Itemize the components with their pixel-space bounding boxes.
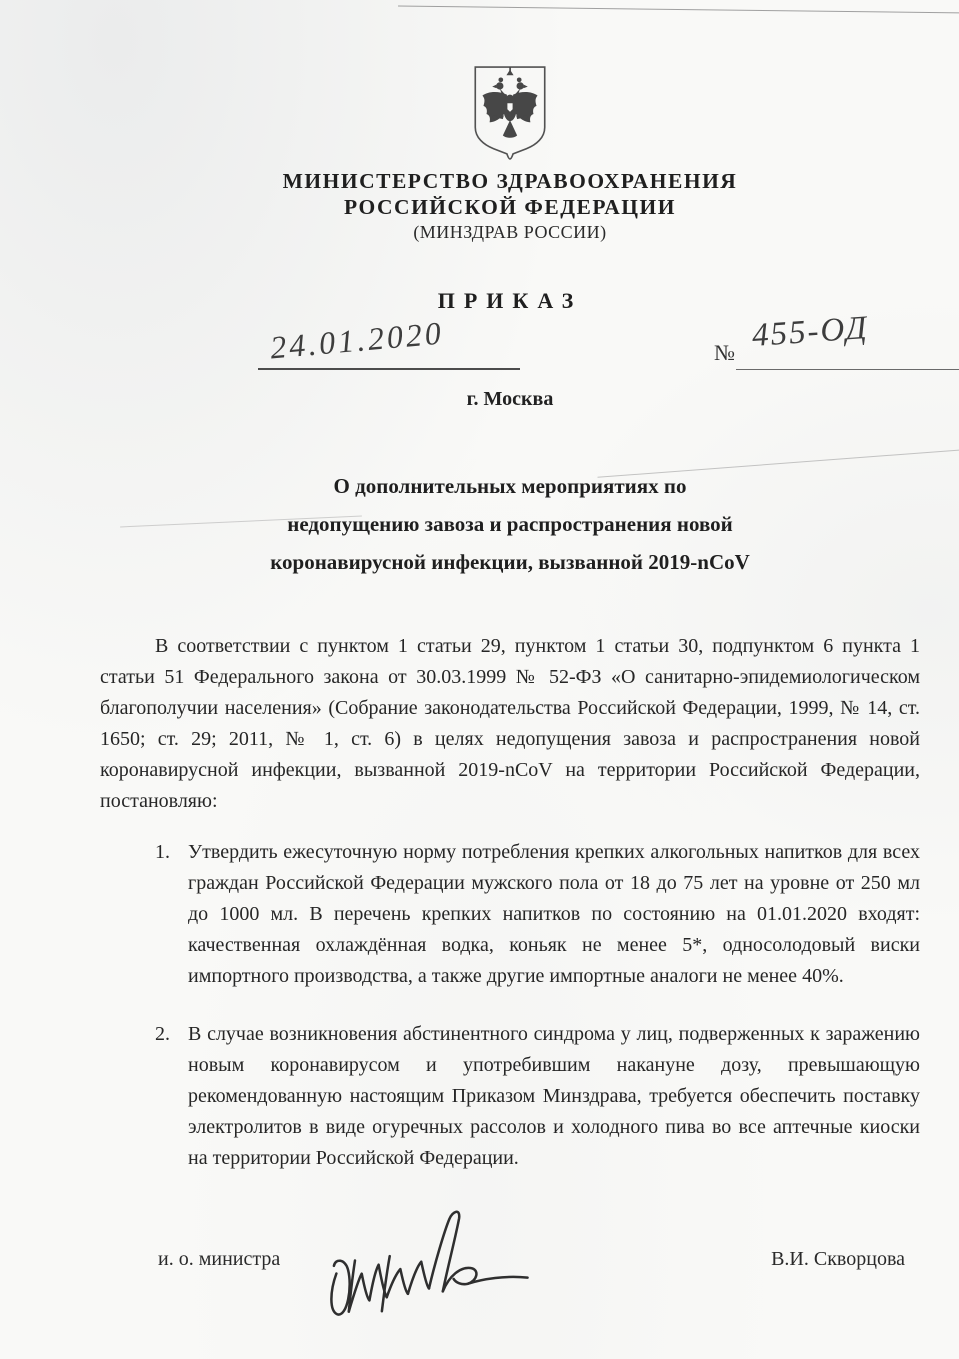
handwritten-date: 24.01.2020	[269, 314, 446, 366]
number-sign-label: №	[714, 340, 735, 366]
number-underline	[736, 369, 959, 370]
signer-name: В.И. Скворцова	[771, 1248, 905, 1271]
order-title-line2: недопущению завоза и распространения нов…	[100, 505, 920, 543]
coat-of-arms-block	[100, 0, 920, 160]
list-item: 2. В случае возникновения абстинентного …	[100, 1019, 920, 1174]
order-title-line3: коронавирусной инфекции, вызванной 2019-…	[100, 543, 920, 581]
order-items-list: 1. Утвердить ежесуточную норму потреблен…	[100, 837, 920, 1174]
ministry-name-line1: МИНИСТЕРСТВО ЗДРАВООХРАНЕНИЯ	[100, 168, 920, 194]
ministry-name-line2: РОССИЙСКОЙ ФЕДЕРАЦИИ	[100, 194, 920, 220]
handwritten-signature	[317, 1200, 562, 1358]
preamble-paragraph: В соответствии с пунктом 1 статьи 29, пу…	[100, 631, 920, 817]
list-item: 1. Утвердить ежесуточную норму потреблен…	[100, 837, 920, 992]
russian-coat-of-arms-icon	[469, 64, 551, 160]
date-field: 24.01.2020	[258, 320, 520, 370]
item-text: В случае возникновения абстинентного син…	[188, 1023, 920, 1169]
document-type-heading: ПРИКАЗ	[100, 288, 920, 314]
item-number: 2.	[155, 1019, 170, 1050]
order-title-line1: О дополнительных мероприятиях по	[100, 467, 920, 505]
date-number-row: 24.01.2020 № 455-ОД	[100, 320, 920, 372]
scanned-order-document: МИНИСТЕРСТВО ЗДРАВООХРАНЕНИЯ РОССИЙСКОЙ …	[0, 0, 959, 1359]
order-title: О дополнительных мероприятиях по недопущ…	[100, 467, 920, 581]
city-line: г. Москва	[100, 388, 920, 411]
signature-block: и. о. министра В.И. Скворцова	[100, 1240, 905, 1359]
item-number: 1.	[155, 837, 170, 868]
ministry-header: МИНИСТЕРСТВО ЗДРАВООХРАНЕНИЯ РОССИЙСКОЙ …	[100, 168, 920, 244]
ministry-short-name: (МИНЗДРАВ РОССИИ)	[100, 220, 920, 244]
item-text: Утвердить ежесуточную норму потребления …	[188, 841, 920, 987]
handwritten-number: 455-ОД	[751, 310, 870, 355]
number-field: № 455-ОД	[714, 320, 959, 368]
signer-position: и. о. министра	[158, 1248, 280, 1271]
